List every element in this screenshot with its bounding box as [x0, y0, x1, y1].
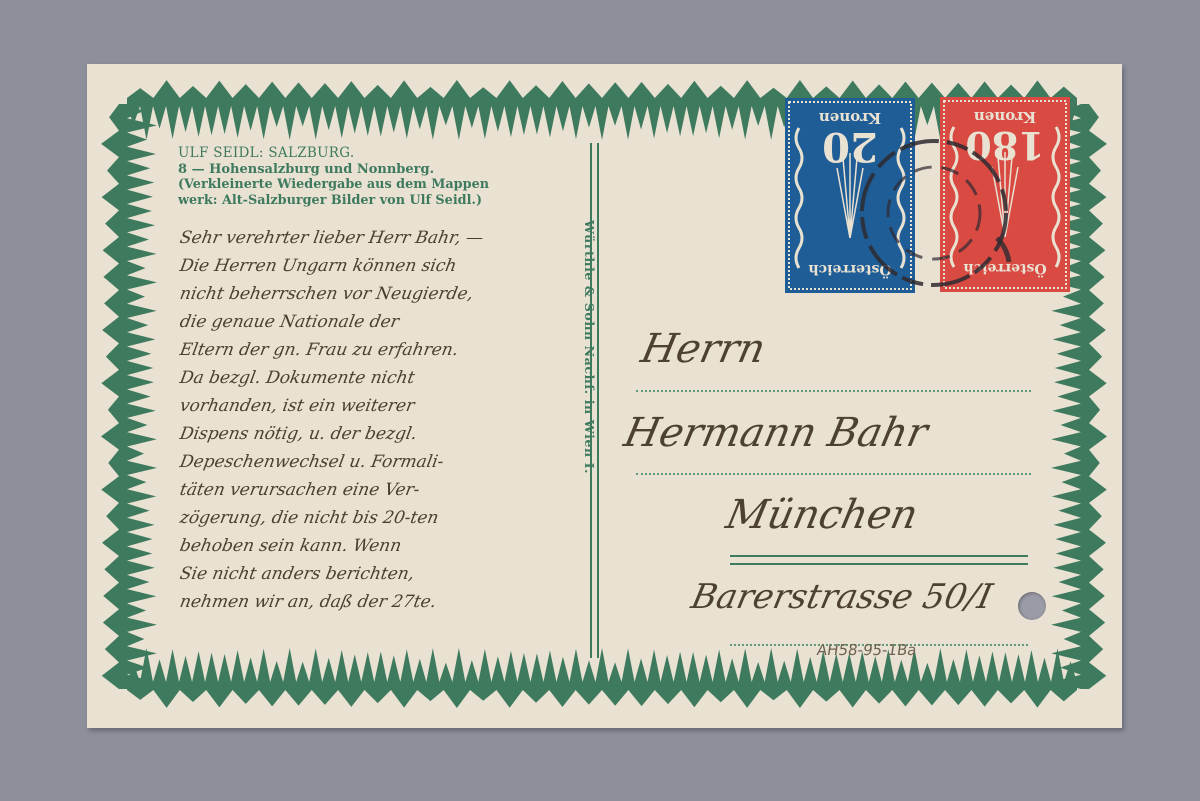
message-line: vorhanden, ist ein weiterer	[178, 392, 486, 420]
message-line: zögerung, die nicht bis 20-ten	[178, 504, 486, 532]
address-street: Barerstrasse 50/I	[688, 577, 996, 617]
message-line: täten verursachen eine Ver-	[178, 476, 486, 504]
address-line-2	[636, 473, 1031, 475]
stamp-20-artwork: Kronen 20 Österreich	[785, 98, 915, 293]
message-line: Eltern der gn. Frau zu erfahren.	[178, 336, 486, 364]
caption-note-cont: werk: Alt-Salzburger Bilder von Ulf Seid…	[178, 193, 489, 209]
message-line: Sehr verehrter lieber Herr Bahr, —	[178, 224, 486, 252]
stamp-180-kronen: Kronen 180 Österreich	[940, 97, 1070, 292]
message-line: Da bezgl. Dokumente nicht	[178, 364, 486, 392]
address-city: München	[722, 492, 922, 538]
printed-caption: ULF SEIDL: SALZBURG. 8 — Hohensalzburg u…	[178, 146, 489, 208]
message-line: behoben sein kann. Wenn	[178, 532, 486, 560]
postcard: ULF SEIDL: SALZBURG. 8 — Hohensalzburg u…	[87, 64, 1122, 728]
caption-artist: ULF SEIDL: SALZBURG.	[178, 146, 489, 162]
address-line-1	[636, 390, 1031, 392]
address-city-underline-1	[730, 555, 1028, 557]
message-line: Dispens nötig, u. der bezgl.	[178, 420, 486, 448]
punch-hole-bottom	[1018, 592, 1046, 620]
publisher-text: Würthle & Sohn Nachf. in Wien I.	[582, 220, 597, 474]
message-line: Depeschenwechsel u. Formali-	[178, 448, 486, 476]
publisher-imprint: Würthle & Sohn Nachf. in Wien I.	[581, 220, 601, 640]
caption-title: 8 — Hohensalzburg und Nonnberg.	[178, 162, 489, 178]
address-name: Hermann Bahr	[620, 410, 932, 456]
address-city-underline-2	[730, 563, 1028, 565]
message-line: Die Herren Ungarn können sich	[178, 252, 486, 280]
message-line: nehmen wir an, daß der 27te.	[178, 588, 486, 616]
message-line: die genaue Nationale der	[178, 308, 486, 336]
handwritten-message: Sehr verehrter lieber Herr Bahr, — Die H…	[180, 224, 483, 616]
caption-note: (Verkleinerte Wiedergabe aus dem Mappen	[178, 177, 489, 193]
message-line: Sie nicht anders berichten,	[178, 560, 486, 588]
svg-text:Österreich: Österreich	[963, 260, 1046, 279]
stamp-20-kronen: Kronen 20 Österreich	[785, 98, 915, 293]
stamp-180-artwork: Kronen 180 Österreich	[940, 97, 1070, 292]
archive-number: AH58-95-1Ba	[816, 641, 918, 659]
svg-text:Österreich: Österreich	[808, 261, 891, 280]
message-line: nicht beherrschen vor Neugierde,	[178, 280, 486, 308]
address-salutation: Herrn	[637, 326, 769, 372]
